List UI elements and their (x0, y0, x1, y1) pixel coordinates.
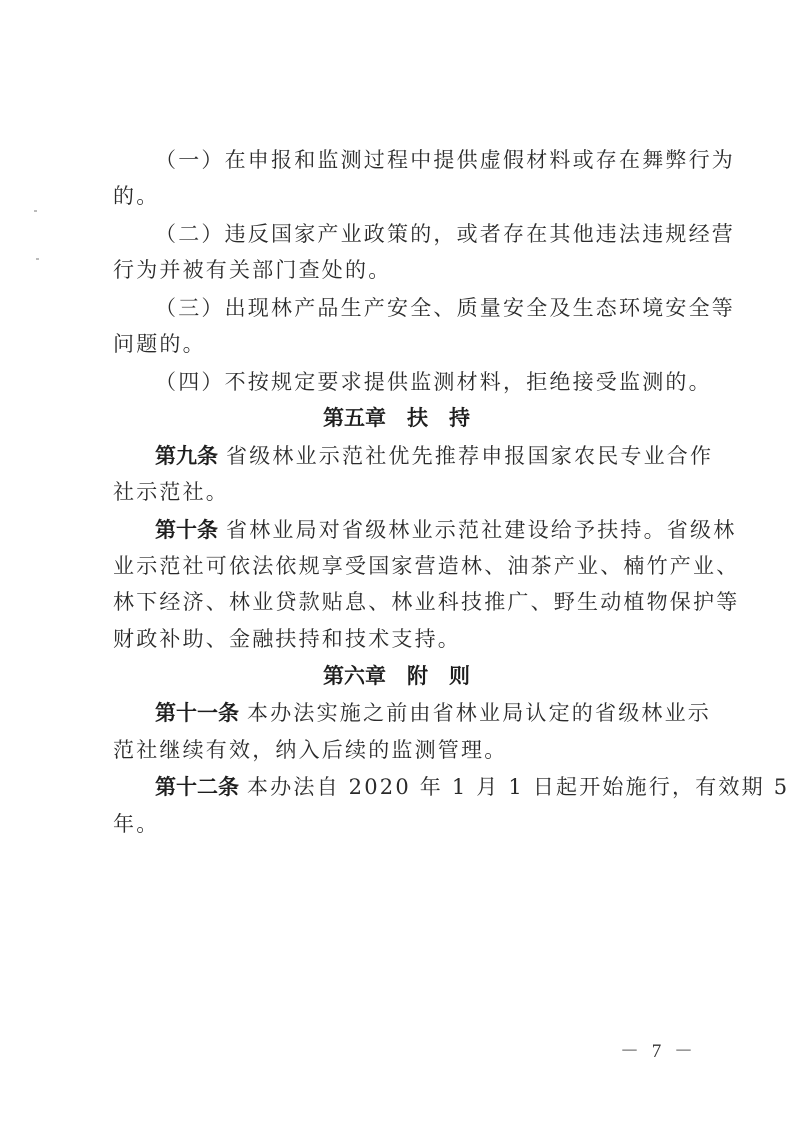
article-11-line-1: 第十一条本办法实施之前由省林业局认定的省级林业示 (155, 699, 735, 727)
item-1-line-1: （一）在申报和监测过程中提供虚假材料或存在舞弊行为 (155, 146, 735, 174)
page-number: － 7 － (620, 1036, 697, 1063)
article-9-label: 第九条 (155, 444, 218, 468)
article-9-text: 省级林业示范社优先推荐申报国家农民专业合作 (226, 444, 713, 468)
article-11-text: 本办法实施之前由省林业局认定的省级林业示 (247, 701, 711, 725)
article-10-label: 第十条 (155, 518, 218, 542)
article-11-label: 第十一条 (155, 701, 239, 725)
item-2-line-1: （二）违反国家产业政策的，或者存在其他违法违规经营 (155, 220, 735, 248)
article-10-line-1: 第十条省林业局对省级林业示范社建设给予扶持。省级林 (155, 516, 735, 544)
item-4-line-1: （四）不按规定要求提供监测材料，拒绝接受监测的。 (155, 368, 735, 396)
item-3-line-1: （三）出现林产品生产安全、质量安全及生态环境安全等 (155, 294, 735, 322)
scan-mark (36, 258, 39, 260)
article-10-text: 省林业局对省级林业示范社建设给予扶持。省级林 (226, 518, 736, 542)
item-3-line-2: 问题的。 (113, 330, 693, 358)
article-10-line-3: 林下经济、林业贷款贴息、林业科技推广、野生动植物保护等 (113, 588, 693, 616)
article-10-line-4: 财政补助、金融扶持和技术支持。 (113, 625, 693, 653)
article-10-line-2: 业示范社可依法依规享受国家营造林、油茶产业、楠竹产业、 (113, 552, 693, 580)
article-9-line-2: 社示范社。 (113, 478, 693, 506)
chapter-5-heading: 第五章 扶 持 (0, 404, 793, 432)
article-12-line-2: 年。 (113, 810, 693, 838)
article-12-label: 第十二条 (155, 775, 239, 799)
chapter-6-heading: 第六章 附 则 (0, 662, 793, 690)
scan-mark (34, 210, 37, 212)
article-9-line-1: 第九条省级林业示范社优先推荐申报国家农民专业合作 (155, 442, 735, 470)
item-2-line-2: 行为并被有关部门查处的。 (113, 256, 693, 284)
document-page: （一）在申报和监测过程中提供虚假材料或存在舞弊行为 的。 （二）违反国家产业政策… (0, 0, 793, 1121)
article-11-line-2: 范社继续有效，纳入后续的监测管理。 (113, 736, 693, 764)
article-12-text: 本办法自 2020 年 1 月 1 日起开始施行，有效期 5 (247, 775, 789, 799)
article-12-line-1: 第十二条本办法自 2020 年 1 月 1 日起开始施行，有效期 5 (155, 773, 735, 801)
item-1-line-2: 的。 (113, 182, 693, 210)
